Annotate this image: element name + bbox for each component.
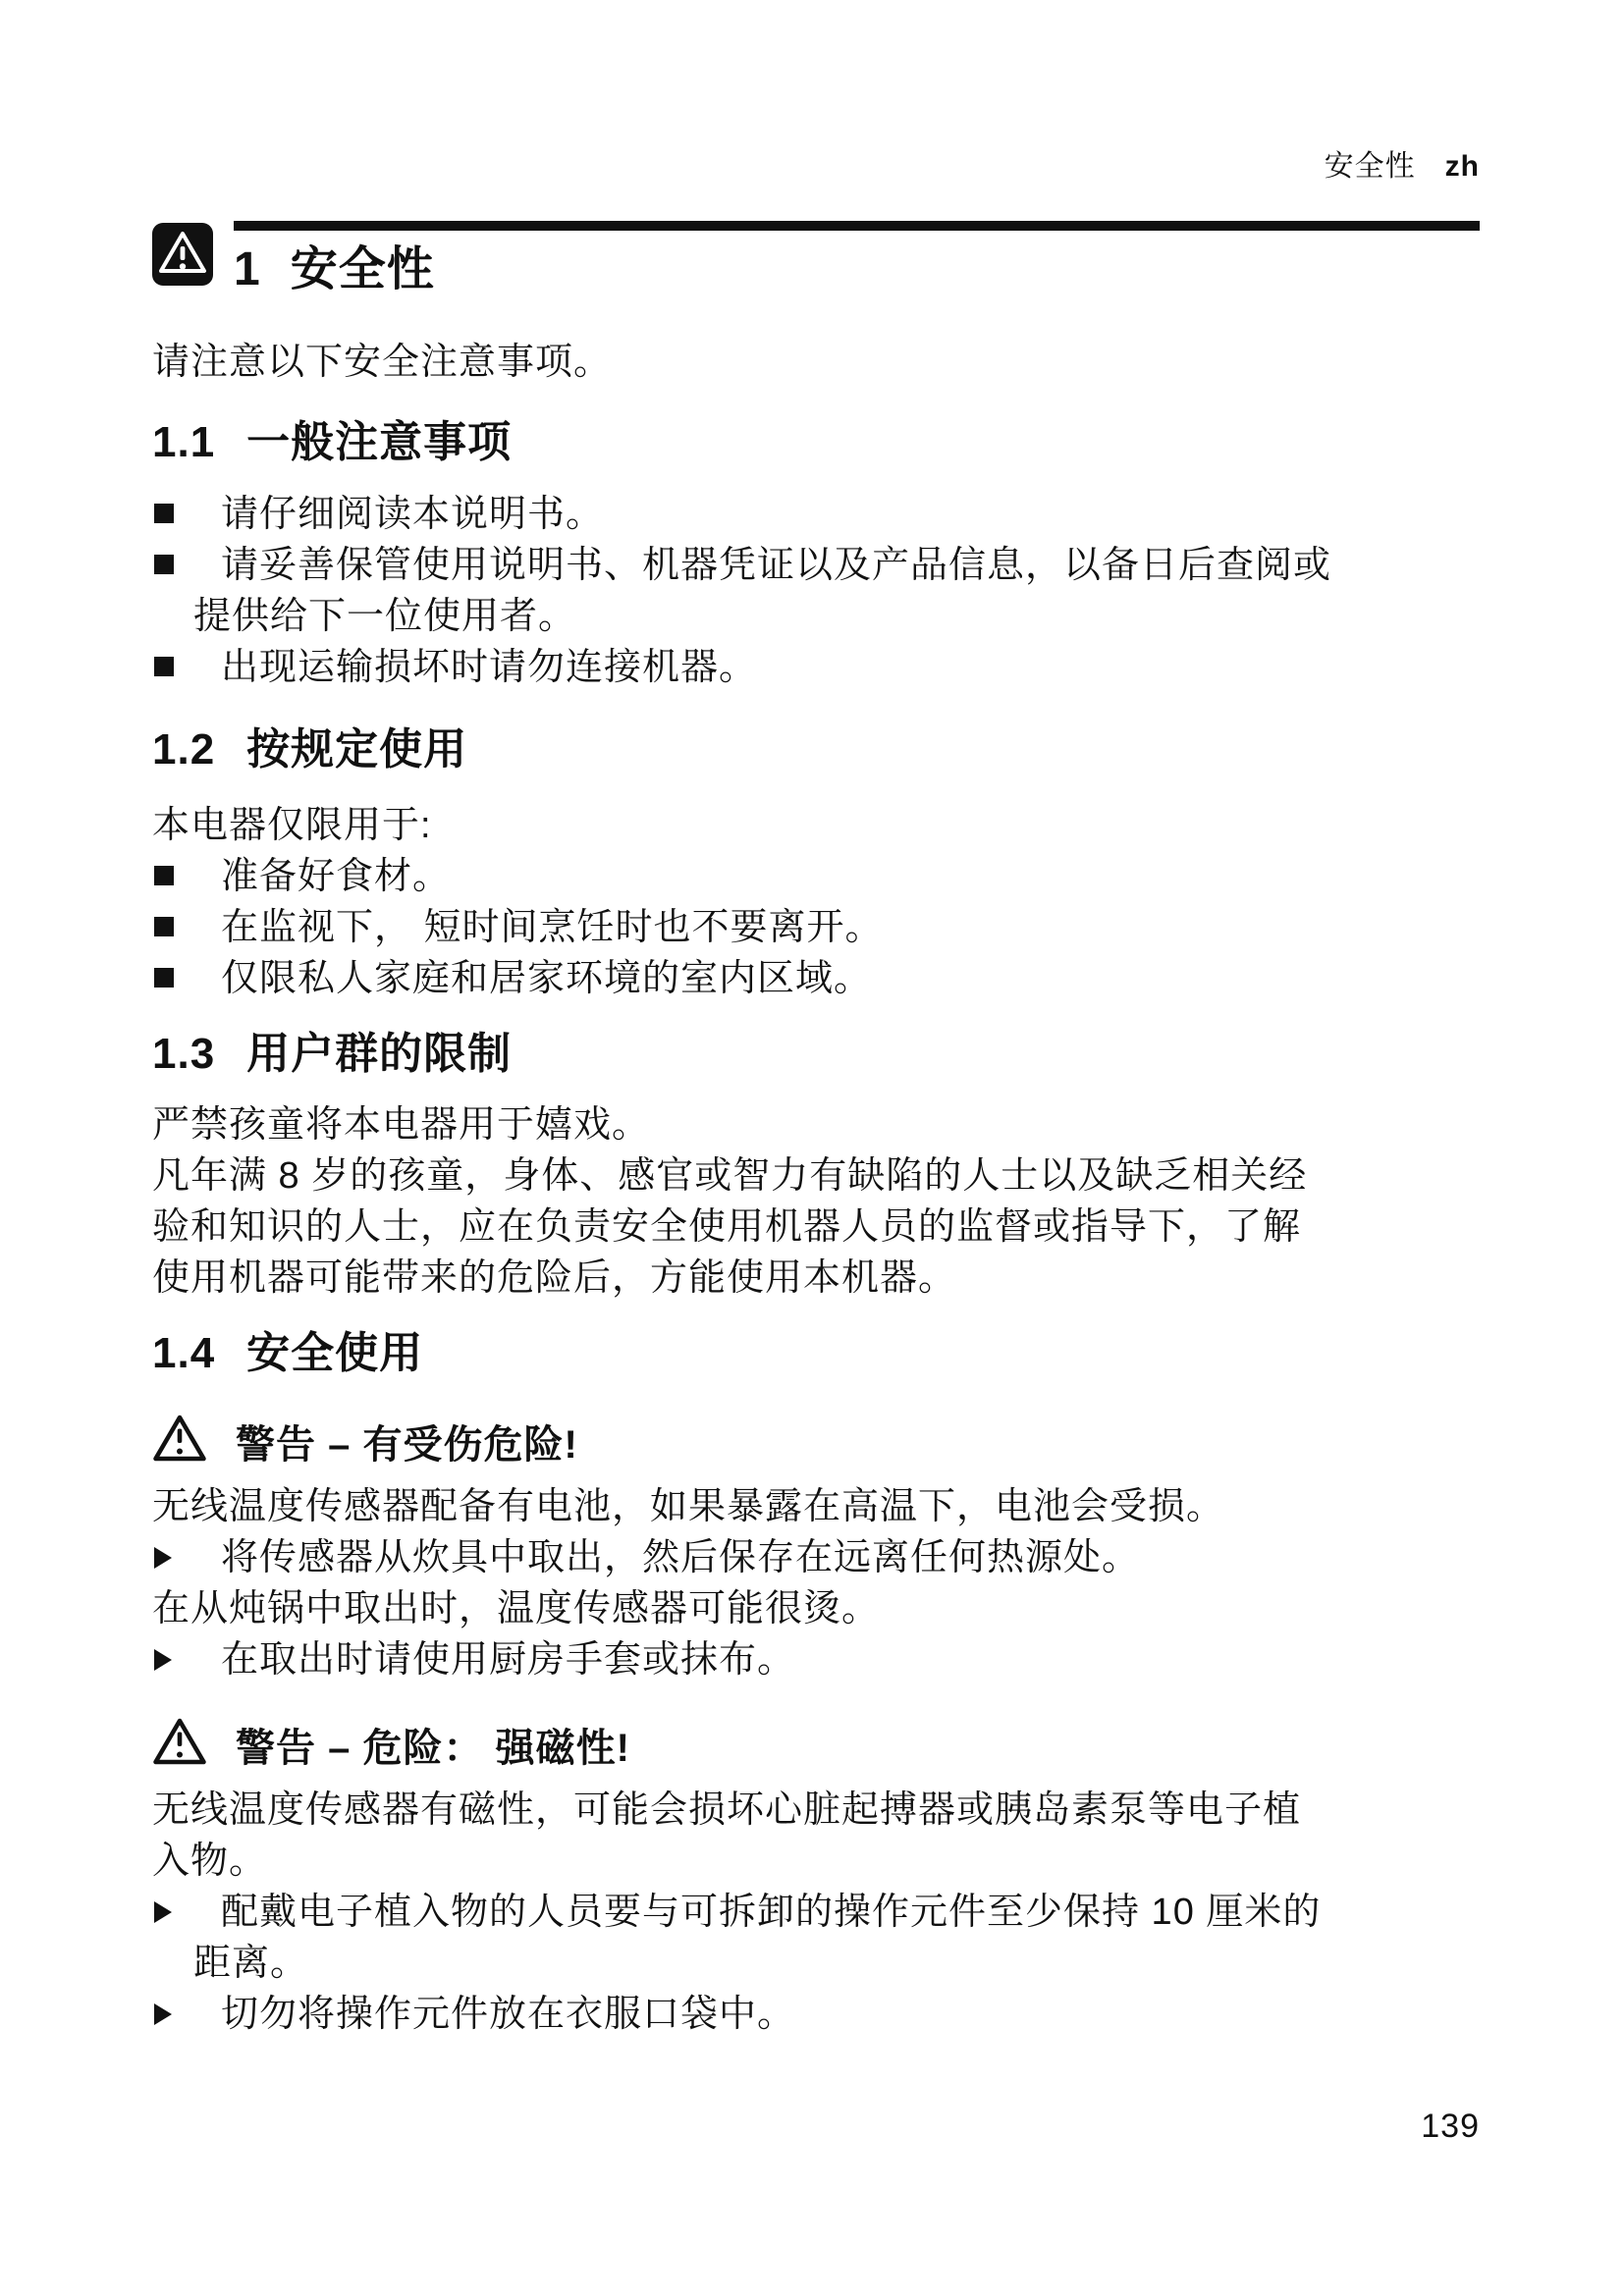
header-chapter-label: 安全性: [1325, 150, 1416, 183]
arrow-bullet-icon: [154, 1649, 172, 1671]
square-bullet-icon: [154, 657, 174, 676]
section-heading: 1.1一般注意事项: [152, 418, 1480, 467]
bullet-list: 请仔细阅读本说明书。 请妥善保管使用说明书、机器凭证以及产品信息，以备日后查阅或…: [152, 489, 1480, 693]
action-text: 将传感器从炊具中取出，然后保存在远离任何热源处。: [221, 1537, 1140, 1578]
action-item: 配戴电子植入物的人员要与可拆卸的操作元件至少保持 10 厘米的 距离。: [152, 1887, 1480, 1989]
warning-block-magnetic: 警告 – 危险： 强磁性! 无线温度传感器有磁性，可能会损坏心脏起搏器或胰岛素泵…: [152, 1717, 1480, 2040]
action-item: 将传感器从炊具中取出，然后保存在远离任何热源处。: [152, 1532, 1480, 1583]
bullet-list: 准备好食材。 在监视下， 短时间烹饪时也不要离开。 仅限私人家庭和居家环境的室内…: [152, 851, 1480, 1004]
section-heading: 1.3用户群的限制: [152, 1030, 1480, 1079]
lead-paragraph: 本电器仅限用于:: [152, 800, 1480, 851]
warning-body: 无线温度传感器配备有电池，如果暴露在高温下，电池会受损。 将传感器从炊具中取出，…: [152, 1481, 1480, 1685]
section-safe-use: 1.4安全使用 警告 – 有受伤危险! 无线温度传感器配备有电池，如果暴露在高温…: [152, 1329, 1480, 2040]
list-item-text: 在监视下， 短时间烹饪时也不要离开。: [221, 907, 884, 948]
section-title-text: 按规定使用: [246, 725, 467, 774]
body-paragraph: 凡年满 8 岁的孩童，身体、感官或智力有缺陷的人士以及缺乏相关经 验和知识的人士…: [152, 1150, 1480, 1304]
warning-text: 无线温度传感器有磁性，可能会损坏心脏起搏器或胰岛素泵等电子植 入物。: [152, 1785, 1480, 1887]
warning-badge-icon: [152, 223, 213, 286]
section-heading: 1.4安全使用: [152, 1329, 1480, 1378]
square-bullet-icon: [154, 866, 174, 885]
section-intended-use: 1.2按规定使用 本电器仅限用于: 准备好食材。 在监视下， 短时间烹饪时也不要…: [152, 725, 1480, 1004]
action-text: 配戴电子植入物的人员要与可拆卸的操作元件至少保持 10 厘米的 距离。: [193, 1892, 1321, 1984]
warning-body: 无线温度传感器有磁性，可能会损坏心脏起搏器或胰岛素泵等电子植 入物。 配戴电子植…: [152, 1785, 1480, 2040]
list-item: 在监视下， 短时间烹饪时也不要离开。: [152, 902, 1480, 953]
list-item: 仅限私人家庭和居家环境的室内区域。: [152, 953, 1480, 1004]
warning-title: 警告 – 有受伤危险!: [236, 1420, 578, 1469]
warning-title: 警告 – 危险： 强磁性!: [236, 1724, 630, 1773]
chapter-title-text: 安全性: [291, 243, 435, 295]
warning-header: 警告 – 有受伤危险!: [152, 1414, 1480, 1476]
list-item: 出现运输损坏时请勿连接机器。: [152, 642, 1480, 693]
header-language-code: zh: [1445, 150, 1480, 183]
arrow-bullet-icon: [154, 2003, 172, 2025]
section-general-notes: 1.1一般注意事项 请仔细阅读本说明书。 请妥善保管使用说明书、机器凭证以及产品…: [152, 418, 1480, 693]
section-number: 1.1: [152, 418, 215, 466]
section-title-text: 安全使用: [246, 1329, 423, 1377]
warning-triangle-icon: [152, 1717, 207, 1780]
page-header: 安全性zh: [152, 149, 1480, 185]
arrow-bullet-icon: [154, 1547, 172, 1569]
list-item: 准备好食材。: [152, 851, 1480, 902]
section-heading: 1.2按规定使用: [152, 725, 1480, 774]
page-number: 139: [1421, 2109, 1480, 2144]
chapter-title-area: 1安全性: [234, 221, 1480, 294]
list-item-text: 请妥善保管使用说明书、机器凭证以及产品信息，以备日后查阅或 提供给下一位使用者。: [193, 545, 1331, 637]
action-text: 在取出时请使用厨房手套或抹布。: [221, 1639, 795, 1681]
list-item-text: 出现运输损坏时请勿连接机器。: [221, 647, 757, 688]
list-item: 请妥善保管使用说明书、机器凭证以及产品信息，以备日后查阅或 提供给下一位使用者。: [152, 540, 1480, 642]
square-bullet-icon: [154, 917, 174, 936]
body-paragraph: 严禁孩童将本电器用于嬉戏。: [152, 1099, 1480, 1150]
section-number: 1.2: [152, 725, 215, 774]
warning-triangle-icon: [152, 1414, 207, 1476]
list-item: 请仔细阅读本说明书。: [152, 489, 1480, 540]
action-item: 在取出时请使用厨房手套或抹布。: [152, 1634, 1480, 1685]
section-number: 1.4: [152, 1329, 215, 1377]
section-title-text: 一般注意事项: [246, 418, 512, 466]
chapter-number: 1: [234, 243, 261, 295]
section-number: 1.3: [152, 1030, 215, 1078]
list-item-text: 准备好食材。: [221, 856, 451, 897]
section-title-text: 用户群的限制: [246, 1030, 512, 1078]
heading-rule: [234, 221, 1480, 231]
warning-text: 在从炖锅中取出时，温度传感器可能很烫。: [152, 1583, 1480, 1634]
warning-block-injury: 警告 – 有受伤危险! 无线温度传感器配备有电池，如果暴露在高温下，电池会受损。…: [152, 1414, 1480, 1685]
chapter-title: 1安全性: [234, 245, 1480, 294]
arrow-bullet-icon: [154, 1901, 172, 1923]
section-user-restrictions: 1.3用户群的限制 严禁孩童将本电器用于嬉戏。 凡年满 8 岁的孩童，身体、感官…: [152, 1030, 1480, 1304]
warning-header: 警告 – 危险： 强磁性!: [152, 1717, 1480, 1780]
square-bullet-icon: [154, 555, 174, 574]
list-item-text: 请仔细阅读本说明书。: [221, 494, 604, 535]
square-bullet-icon: [154, 504, 174, 523]
action-text: 切勿将操作元件放在衣服口袋中。: [221, 1994, 795, 2035]
action-item: 切勿将操作元件放在衣服口袋中。: [152, 1989, 1480, 2040]
chapter-heading-block: 1安全性: [152, 221, 1480, 294]
chapter-intro: 请注意以下安全注意事项。: [152, 337, 1480, 388]
square-bullet-icon: [154, 968, 174, 988]
warning-text: 无线温度传感器配备有电池，如果暴露在高温下，电池会受损。: [152, 1481, 1480, 1532]
list-item-text: 仅限私人家庭和居家环境的室内区域。: [221, 958, 872, 999]
manual-page: 安全性zh 1安全性 请注意以下安全注意事项。 1.1一般注意事项 请仔细阅读本…: [0, 0, 1624, 2296]
